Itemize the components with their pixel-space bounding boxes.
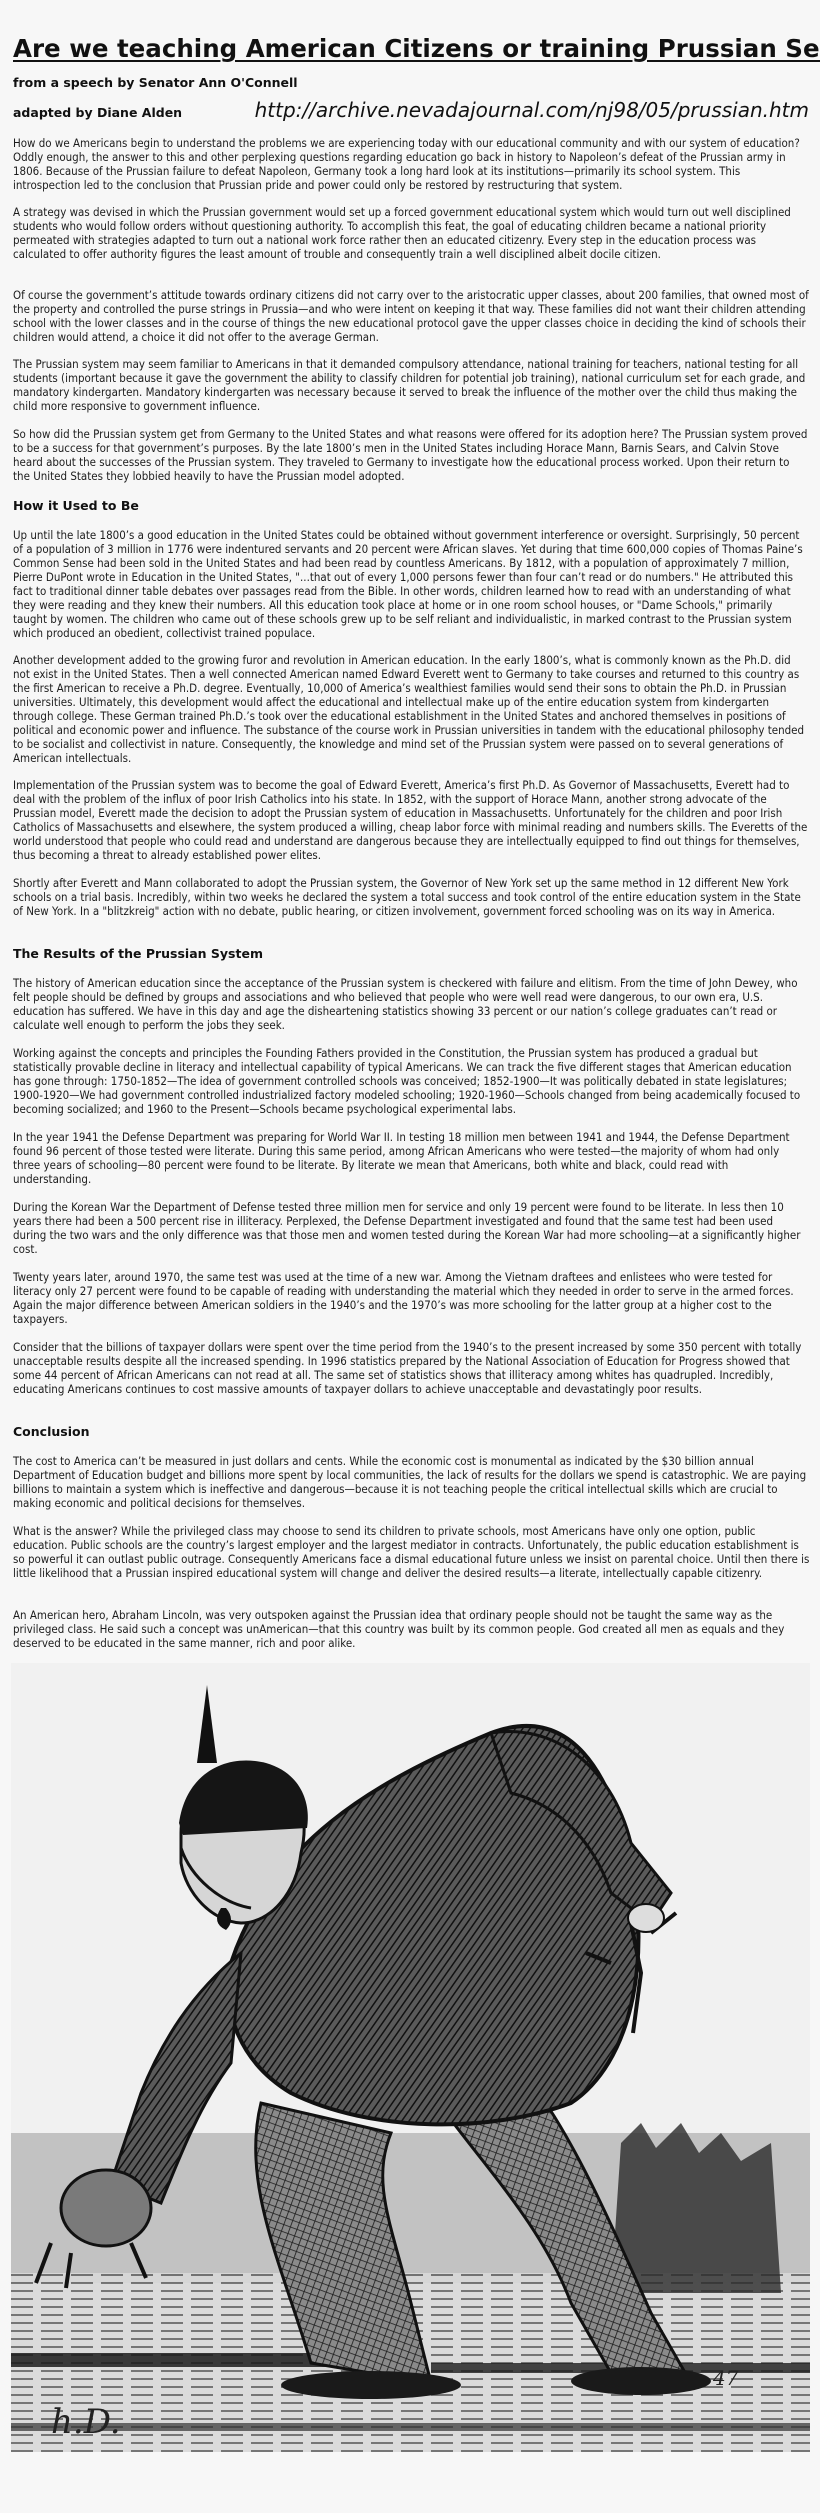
paragraph: Implementation of the Prussian system wa… — [13, 778, 809, 862]
paragraph: Of course the government’s attitude towa… — [13, 288, 809, 344]
paragraph: A strategy was devised in which the Prus… — [13, 205, 809, 261]
paragraph: An American hero, Abraham Lincoln, was v… — [13, 1608, 809, 1650]
paragraph: So how did the Prussian system get from … — [13, 427, 809, 483]
paragraph: Working against the concepts and princip… — [13, 1046, 809, 1116]
paragraph: What is the answer? While the privileged… — [13, 1524, 809, 1580]
paragraph: The Prussian system may seem familiar to… — [13, 357, 809, 413]
paragraph: During the Korean War the Department of … — [13, 1200, 809, 1256]
paragraph: Another development added to the growing… — [13, 653, 809, 765]
byline-adapted: adapted by Diane Alden — [13, 105, 182, 121]
plate-number: 47 — [712, 2366, 739, 2390]
paragraph: Shortly after Everett and Mann collabora… — [13, 876, 809, 918]
paragraph: Twenty years later, around 1970, the sam… — [13, 1270, 809, 1326]
section-heading-conclusion: Conclusion — [13, 1424, 89, 1440]
source-url-link[interactable]: http://archive.nevadajournal.com/nj98/05… — [255, 98, 809, 122]
paragraph: How do we Americans begin to understand … — [13, 136, 809, 192]
paragraph: The cost to America can’t be measured in… — [13, 1454, 809, 1510]
paragraph: Consider that the billions of taxpayer d… — [13, 1340, 809, 1396]
giant-soldier-drawing: h.D. 47 — [11, 1663, 810, 2452]
paragraph: Up until the late 1800’s a good educatio… — [13, 528, 809, 640]
page-title: Are we teaching American Citizens or tra… — [13, 34, 809, 64]
prussian-giant-illustration: h.D. 47 — [11, 1663, 810, 2452]
section-heading-results: The Results of the Prussian System — [13, 946, 263, 962]
paragraph: In the year 1941 the Defense Department … — [13, 1130, 809, 1186]
byline-speech: from a speech by Senator Ann O'Connell — [13, 75, 298, 91]
paragraph: The history of American education since … — [13, 976, 809, 1032]
artist-signature: h.D. — [51, 2402, 121, 2442]
section-heading-history: How it Used to Be — [13, 498, 139, 514]
